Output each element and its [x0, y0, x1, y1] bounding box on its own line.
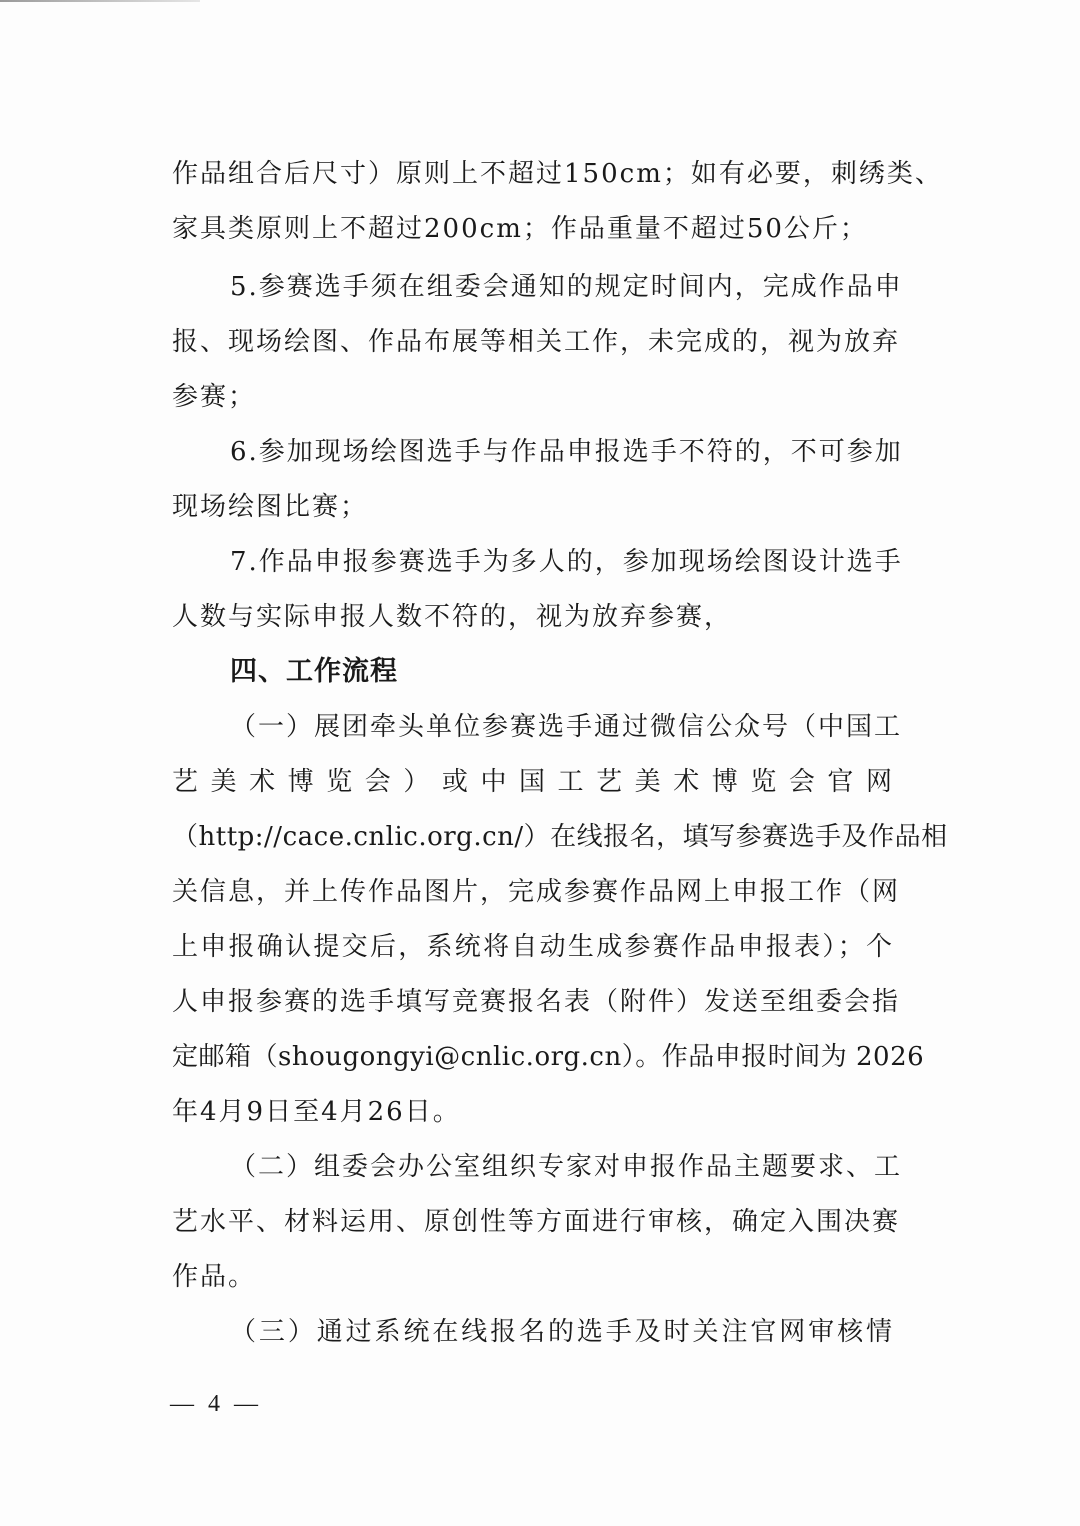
section-heading: 四、工作流程	[230, 648, 398, 696]
text-line: 报、现场绘图、作品布展等相关工作，未完成的，视为放弃	[172, 318, 894, 366]
url-text-line: （http://cace.cnlic.org.cn/）在线报名，填写参赛选手及作…	[172, 813, 894, 861]
text-line: 现场绘图比赛；	[172, 483, 368, 531]
email-text-line: 定邮箱（shougongyi@cnlic.org.cn）。作品申报时间为 202…	[172, 1033, 894, 1081]
scan-edge	[0, 0, 200, 2]
list-item-5: 5.参赛选手须在组委会通知的规定时间内，完成作品申	[230, 263, 894, 311]
list-item-7: 7.作品申报参赛选手为多人的，参加现场绘图设计选手	[230, 538, 894, 586]
text-line: 作品组合后尺寸）原则上不超过150cm；如有必要，刺绣类、	[172, 150, 894, 198]
text-line: 人申报参赛的选手填写竞赛报名表（附件）发送至组委会指	[172, 978, 894, 1026]
text-line: 人数与实际申报人数不符的，视为放弃参赛，	[172, 593, 732, 641]
subsection-3: （三）通过系统在线报名的选手及时关注官网审核情	[230, 1308, 894, 1356]
text-line: 参赛；	[172, 373, 256, 421]
text-line: 年4月9日至4月26日。	[172, 1088, 461, 1136]
subsection-2: （二）组委会办公室组织专家对申报作品主题要求、工	[230, 1143, 894, 1191]
list-item-6: 6.参加现场绘图选手与作品申报选手不符的，不可参加	[230, 428, 894, 476]
text-line: 艺美术博览会）或中国工艺美术博览会官网	[172, 758, 894, 806]
subsection-1: （一）展团牵头单位参赛选手通过微信公众号（中国工	[230, 703, 894, 751]
text-line: 家具类原则上不超过200cm；作品重量不超过50公斤；	[172, 205, 868, 253]
document-page: 作品组合后尺寸）原则上不超过150cm；如有必要，刺绣类、 家具类原则上不超过2…	[0, 0, 1080, 1526]
page-number: — 4 —	[170, 1388, 262, 1420]
text-line: 关信息，并上传作品图片，完成参赛作品网上申报工作（网	[172, 868, 894, 916]
text-line: 上申报确认提交后，系统将自动生成参赛作品申报表）；个	[172, 923, 894, 971]
text-line: 艺水平、材料运用、原创性等方面进行审核，确定入围决赛	[172, 1198, 894, 1246]
text-line: 作品。	[172, 1253, 256, 1301]
